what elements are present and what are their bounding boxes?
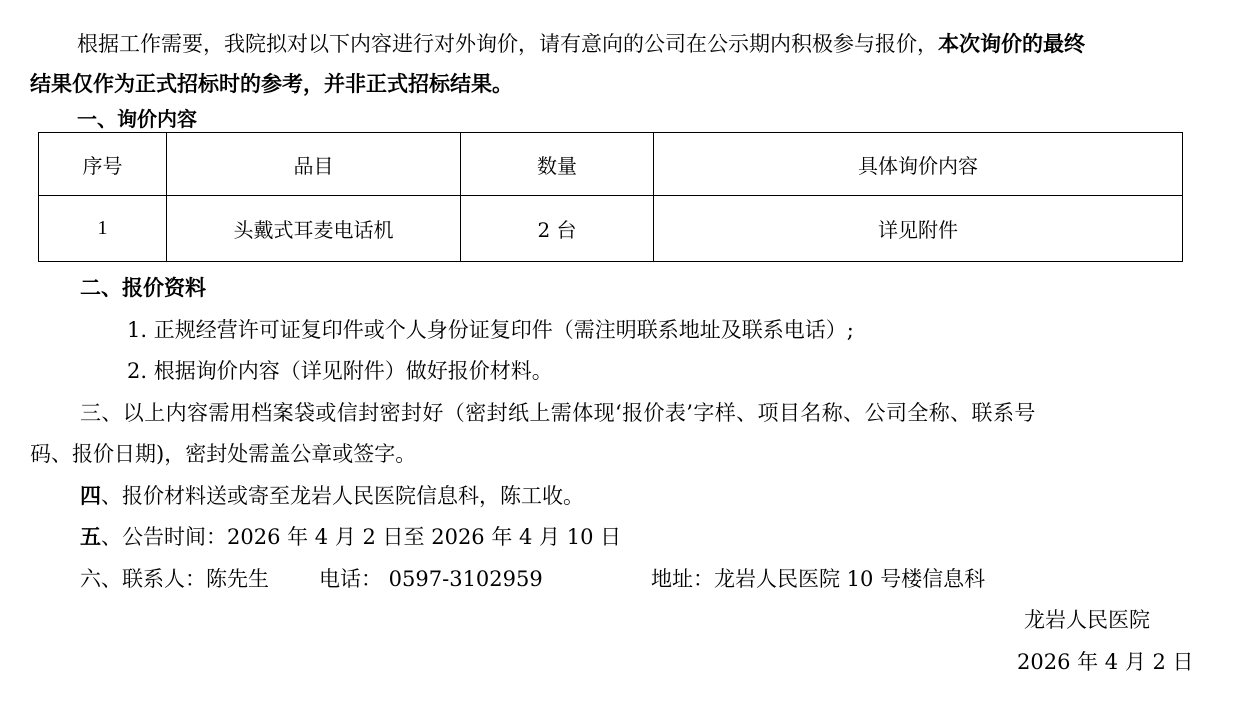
section4-label: 四	[80, 483, 101, 508]
section3-line-2: 码、报价日期)，密封处需盖公章或签字。	[30, 441, 416, 467]
signature-org: 龙岩人民医院	[1024, 607, 1150, 633]
inquiry-table: 序号 品目 数量 具体询价内容 1 头戴式耳麦电话机 2 台 详见附件	[38, 132, 1183, 262]
section5-label: 五	[80, 524, 101, 549]
section1-heading: 一、询价内容	[77, 106, 197, 132]
table-header-row: 序号 品目 数量 具体询价内容	[39, 133, 1183, 196]
section6: 六、联系人：陈先生	[80, 566, 269, 592]
signature-date: 2026 年 4 月 2 日	[1017, 649, 1194, 675]
cell-details: 详见附件	[654, 196, 1183, 262]
section2-item-2: 2. 根据询价内容（详见附件）做好报价材料。	[127, 358, 553, 384]
intro-line-2: 结果仅作为正式招标时的参考，并非正式招标结果。	[30, 71, 513, 97]
section5: 五、公告时间：2026 年 4 月 2 日至 2026 年 4 月 10 日	[80, 524, 621, 550]
intro-bold-text: 本次询价的最终	[938, 31, 1085, 56]
cell-item: 头戴式耳麦电话机	[167, 196, 461, 262]
intro-text: 根据工作需要，我院拟对以下内容进行对外询价，请有意向的公司在公示期内积极参与报价…	[77, 32, 938, 56]
section5-text: 、公告时间：2026 年 4 月 2 日至 2026 年 4 月 10 日	[101, 525, 621, 549]
contact-address: 地址：龙岩人民医院 10 号楼信息科	[651, 566, 985, 592]
header-serial: 序号	[39, 133, 167, 196]
header-quantity: 数量	[461, 133, 654, 196]
section4: 四、报价材料送或寄至龙岩人民医院信息科，陈工收。	[80, 483, 584, 509]
cell-serial: 1	[39, 196, 167, 262]
section2-heading: 二、报价资料	[80, 275, 206, 301]
contact-phone: 电话： 0597-3102959	[319, 566, 543, 592]
header-details: 具体询价内容	[654, 133, 1183, 196]
intro-line-1: 根据工作需要，我院拟对以下内容进行对外询价，请有意向的公司在公示期内积极参与报价…	[77, 31, 1085, 57]
section6-label: 六	[80, 567, 101, 591]
cell-quantity: 2 台	[461, 196, 654, 262]
section3-line-1: 三、以上内容需用档案袋或信封密封好（密封纸上需体现‘报价表’字样、项目名称、公司…	[80, 400, 1036, 426]
contact-person: 、联系人：陈先生	[101, 567, 269, 591]
table-row: 1 头戴式耳麦电话机 2 台 详见附件	[39, 196, 1183, 262]
section2-item-1: 1. 正规经营许可证复印件或个人身份证复印件（需注明联系地址及联系电话）;	[127, 317, 854, 343]
header-item: 品目	[167, 133, 461, 196]
section4-text: 、报价材料送或寄至龙岩人民医院信息科，陈工收。	[101, 484, 584, 508]
